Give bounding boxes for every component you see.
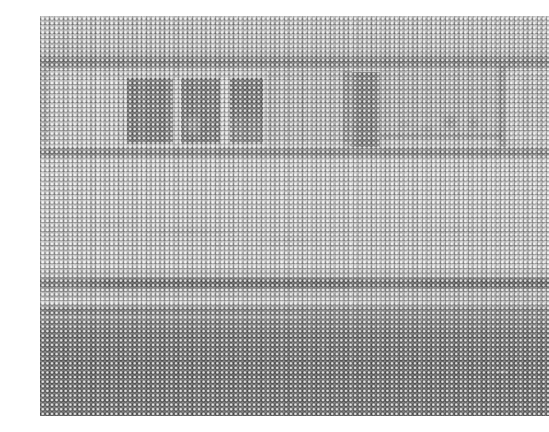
glazed-panel [268,71,345,147]
mullion-2 [220,78,230,144]
display-window-sill [380,133,502,139]
display-window [380,71,502,139]
under-window-band [40,147,549,158]
mullion-1 [173,78,181,144]
window-1 [127,78,173,144]
asphalt-road [40,329,549,416]
dark-door [352,72,380,147]
wall-lower-shade [40,266,549,278]
wall-smudge-streaks [40,212,549,254]
frame-post [497,66,508,156]
road-light-streak [40,316,300,319]
kerb-dark-stripe [40,278,549,289]
road-dark-streak [40,308,549,314]
window-3 [230,78,263,144]
door-frame-line [343,71,352,148]
halftone-building-photo [40,16,549,416]
right-window-faint [518,74,549,128]
left-edge-shade [40,69,48,149]
top-wall-band [40,16,549,56]
window-2-reflection [181,78,220,144]
pavement-highlight-streak [40,298,540,303]
